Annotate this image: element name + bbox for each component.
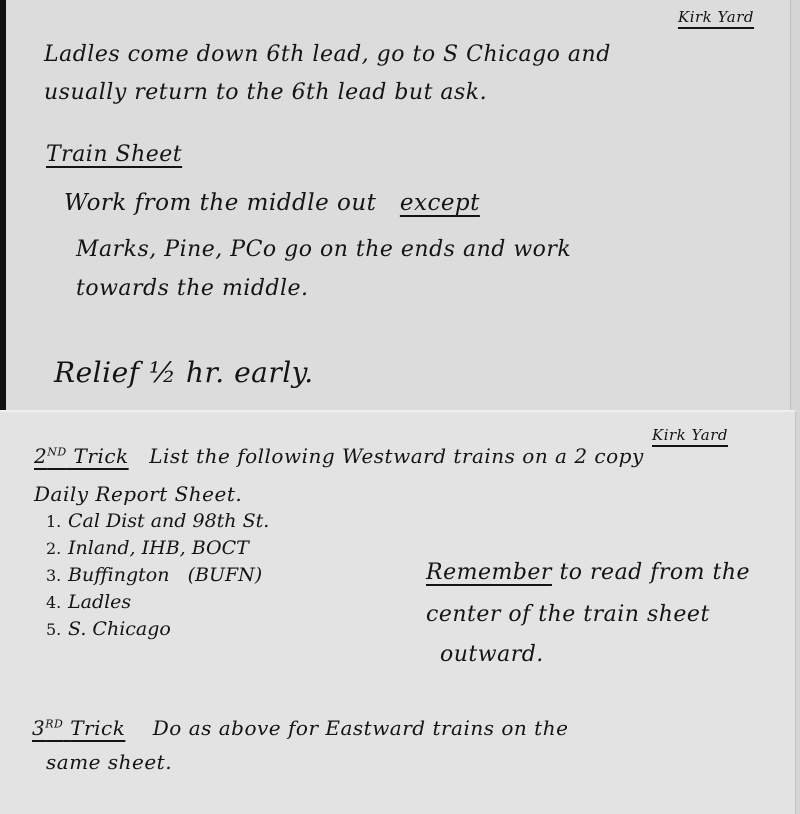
train-sheet-line-1: Work from the middle out except bbox=[64, 190, 480, 216]
list-item: 4.Ladles bbox=[46, 591, 269, 618]
third-trick-instruction-1: Do as above for Eastward trains on the bbox=[153, 716, 569, 740]
second-trick-instruction-1: List the following Westward trains on a … bbox=[149, 444, 644, 468]
list-item-number: 4. bbox=[46, 593, 68, 612]
list-item-number: 5. bbox=[46, 620, 68, 639]
second-trick-suffix: ND bbox=[47, 445, 66, 458]
relief-note: Relief ½ hr. early. bbox=[54, 356, 314, 389]
third-trick-line-1: 3RD Trick Do as above for Eastward train… bbox=[32, 716, 568, 740]
location-tag-kirk-yard: Kirk Yard bbox=[652, 426, 728, 444]
except-emphasis: except bbox=[400, 190, 480, 216]
list-item: 5.S. Chicago bbox=[46, 618, 269, 645]
list-item: 2.Inland, IHB, BOCT bbox=[46, 537, 269, 564]
third-trick-instruction-2: same sheet. bbox=[46, 750, 172, 774]
second-trick-line-1: 2ND Trick List the following Westward tr… bbox=[34, 444, 644, 468]
third-trick-number: 3 bbox=[32, 716, 45, 740]
second-trick-word: Trick bbox=[74, 444, 129, 468]
train-sheet-line-2: Marks, Pine, PCo go on the ends and work bbox=[76, 237, 571, 262]
second-trick-instruction-2: Daily Report Sheet. bbox=[34, 482, 242, 506]
location-tag-kirk-yard: Kirk Yard bbox=[678, 8, 754, 26]
second-trick-label: 2ND Trick bbox=[34, 444, 129, 468]
reminder-line-3: outward. bbox=[440, 642, 544, 667]
intro-line-1: Ladles come down 6th lead, go to S Chica… bbox=[44, 42, 611, 67]
westward-trains-list: 1.Cal Dist and 98th St. 2.Inland, IHB, B… bbox=[46, 510, 269, 645]
list-item: 3.Buffington (BUFN) bbox=[46, 564, 269, 591]
list-item-text: Buffington (BUFN) bbox=[68, 564, 262, 586]
third-trick-label: 3RD Trick bbox=[32, 716, 125, 740]
list-item: 1.Cal Dist and 98th St. bbox=[46, 510, 269, 537]
second-trick-number: 2 bbox=[34, 444, 47, 468]
reminder-line-1: Remember to read from the bbox=[426, 560, 750, 585]
note-card-top: Kirk Yard Ladles come down 6th lead, go … bbox=[0, 0, 791, 414]
reminder-line-2: center of the train sheet bbox=[426, 602, 710, 627]
section-heading-train-sheet: Train Sheet bbox=[46, 142, 182, 167]
third-trick-word: Trick bbox=[70, 716, 125, 740]
train-sheet-line-1-text: Work from the middle out bbox=[64, 190, 376, 216]
train-sheet-line-3: towards the middle. bbox=[76, 276, 309, 301]
list-item-text: S. Chicago bbox=[68, 618, 171, 640]
list-item-text: Ladles bbox=[68, 591, 131, 613]
reminder-line-1-rest: to read from the bbox=[559, 560, 750, 585]
list-item-number: 1. bbox=[46, 512, 68, 531]
intro-line-2: usually return to the 6th lead but ask. bbox=[44, 80, 487, 105]
third-trick-suffix: RD bbox=[45, 717, 63, 730]
list-item-number: 2. bbox=[46, 539, 68, 558]
list-item-text: Inland, IHB, BOCT bbox=[68, 537, 249, 559]
list-item-number: 3. bbox=[46, 566, 68, 585]
reminder-keyword: Remember bbox=[426, 560, 552, 585]
list-item-text: Cal Dist and 98th St. bbox=[68, 510, 269, 532]
